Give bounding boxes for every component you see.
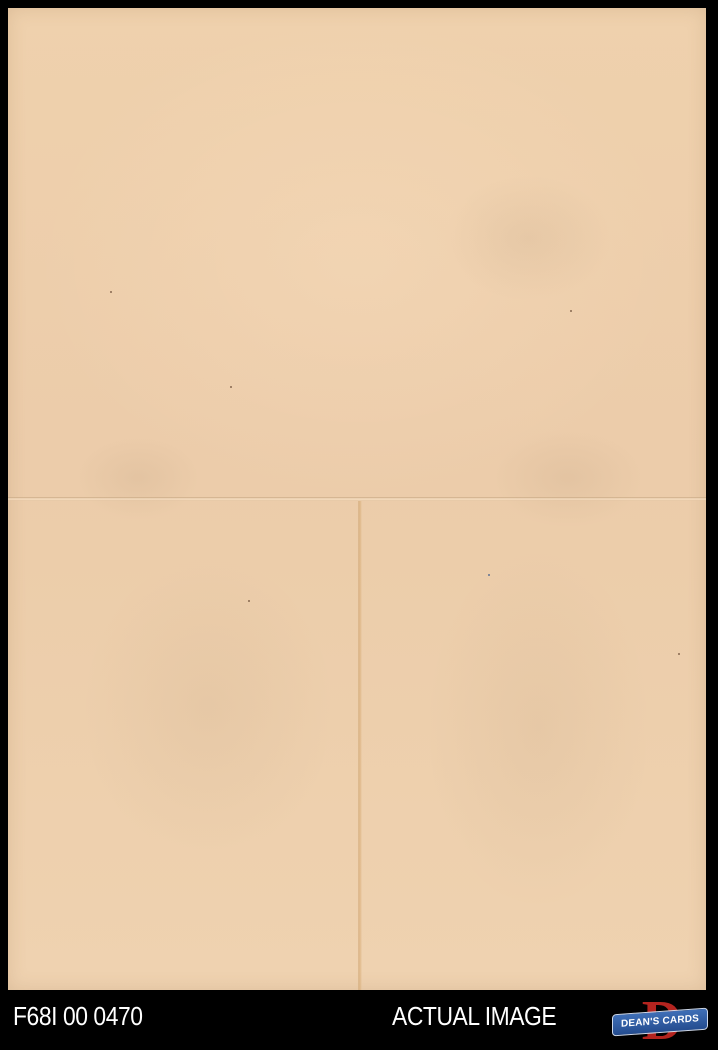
deans-cards-logo-icon: D DEAN'S CARDS — [612, 996, 706, 1046]
paper-speck — [248, 600, 250, 602]
paper-speck — [230, 386, 232, 388]
certification-id: F68I 00 0470 — [13, 1001, 143, 1032]
paper-speck — [678, 653, 680, 655]
paper-speck — [110, 291, 112, 293]
vertical-fold-crease — [358, 501, 362, 990]
actual-image-label: ACTUAL IMAGE — [392, 1001, 556, 1032]
footer-bar: F68I 00 0470 ACTUAL IMAGE D DEAN'S CARDS — [0, 990, 718, 1050]
card-back-image — [8, 8, 706, 990]
paper-speck — [488, 574, 490, 576]
paper-speck — [570, 310, 572, 312]
logo-banner-text: DEAN'S CARDS — [612, 1008, 708, 1037]
horizontal-fold-crease — [8, 497, 706, 501]
